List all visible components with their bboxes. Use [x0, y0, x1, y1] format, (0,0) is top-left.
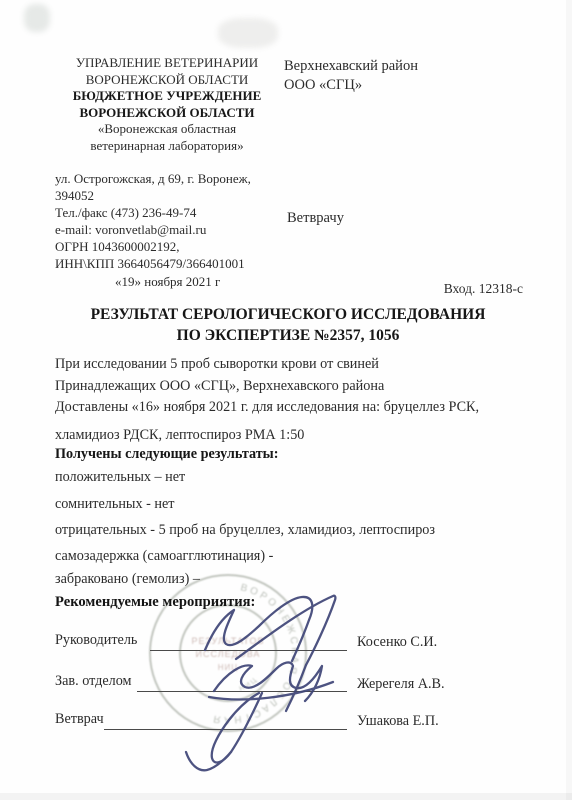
document-title: РЕЗУЛЬТАТ СЕРОЛОГИЧЕСКОГО ИССЛЕДОВАНИЯ П… — [40, 305, 536, 346]
signature-stroke-head — [214, 662, 322, 701]
signature-role: Зав. отделом — [55, 673, 132, 690]
address-line: ул. Острогожская, д 69, г. Воронеж, — [55, 170, 305, 187]
recommendations-heading: Рекомендуемые мероприятия: — [55, 594, 255, 611]
signature-role: Ветврач — [55, 711, 104, 728]
scanned-document-page: УПРАВЛЕНИЕ ВЕТЕРИНАРИИ ВОРОНЕЖСКОЙ ОБЛАС… — [0, 0, 572, 800]
email-line: e-mail: voronvetlab@mail.ru — [55, 221, 305, 238]
inn-kpp-line: ИНН\КПП 3664056479/366401001 — [55, 255, 305, 272]
document-date: «19» ноября 2021 г — [115, 273, 305, 290]
org-line: «Воронежская областная — [46, 121, 288, 138]
signature-role: Руководитель — [55, 632, 137, 649]
result-rejected: забраковано (гемолиз) – — [55, 571, 200, 588]
recipient-district: Верхнехавский район — [284, 57, 524, 76]
recipient-block: Верхнехавский район ООО «СГЦ» — [284, 57, 524, 95]
stamp-inner-text: НИЦ — [218, 663, 238, 672]
signature-name: Косенко С.И. — [357, 634, 437, 651]
org-line: УПРАВЛЕНИЕ ВЕТЕРИНАРИИ — [46, 55, 288, 72]
stamp-inner-circle — [180, 605, 276, 701]
signature-line — [137, 691, 347, 692]
signature-stroke-head — [286, 665, 306, 711]
scan-smudge — [218, 18, 278, 48]
signature-line — [150, 650, 347, 651]
result-negative: отрицательных - 5 проб на бруцеллез, хла… — [55, 522, 435, 539]
result-positive: положительных – нет — [55, 469, 185, 486]
organization-header: УПРАВЛЕНИЕ ВЕТЕРИНАРИИ ВОРОНЕЖСКОЙ ОБЛАС… — [46, 55, 288, 154]
signature-stroke-vet — [186, 752, 231, 770]
contact-block: ул. Острогожская, д 69, г. Воронеж, 3940… — [55, 170, 305, 290]
stamp-inner-text: РЕЗУЛЬТАТОВ — [191, 636, 264, 646]
org-line: ВОРОНЕЖСКОЙ ОБЛАСТИ — [46, 72, 288, 89]
body-paragraph: При исследовании 5 проб сыворотки крови … — [55, 354, 545, 446]
scan-smudge — [24, 4, 50, 32]
title-line: РЕЗУЛЬТАТ СЕРОЛОГИЧЕСКОГО ИССЛЕДОВАНИЯ — [40, 305, 536, 326]
signature-name: Жерегеля А.В. — [357, 676, 445, 693]
body-line: хламидиоз РДСК, лептоспироз РМА 1:50 — [55, 425, 545, 447]
address-line: 394052 — [55, 187, 305, 204]
org-line: ВОРОНЕЖСКОЙ ОБЛАСТИ — [46, 105, 288, 122]
org-line: ветеринарная лаборатория» — [46, 138, 288, 155]
signature-name: Ушакова Е.П. — [357, 713, 439, 730]
signature-line — [104, 729, 347, 730]
body-line: При исследовании 5 проб сыворотки крови … — [55, 354, 545, 376]
body-line: Принадлежащих ООО «СГЦ», Верхнехавского … — [55, 376, 545, 398]
signature-stroke-vet — [212, 693, 262, 763]
result-doubtful: сомнительных - нет — [55, 496, 174, 513]
ogrn-line: ОГРН 1043600002192, — [55, 238, 305, 255]
scan-edge-shadow — [0, 793, 572, 800]
results-heading: Получены следующие результаты: — [55, 446, 278, 463]
recipient-company: ООО «СГЦ» — [284, 76, 524, 95]
body-line: Доставлены «16» ноября 2021 г. для иссле… — [55, 397, 545, 419]
incoming-number: Вход. 12318-с — [444, 281, 523, 297]
result-self-retention: самозадержка (самоагглютинация) - — [55, 548, 273, 565]
phone-line: Тел./факс (473) 236-49-74 — [55, 204, 305, 221]
org-line: БЮДЖЕТНОЕ УЧРЕЖДЕНИЕ — [46, 88, 288, 105]
scan-edge-shadow — [566, 0, 572, 800]
title-line: ПО ЭКСПЕРТИЗЕ №2357, 1056 — [40, 326, 536, 347]
